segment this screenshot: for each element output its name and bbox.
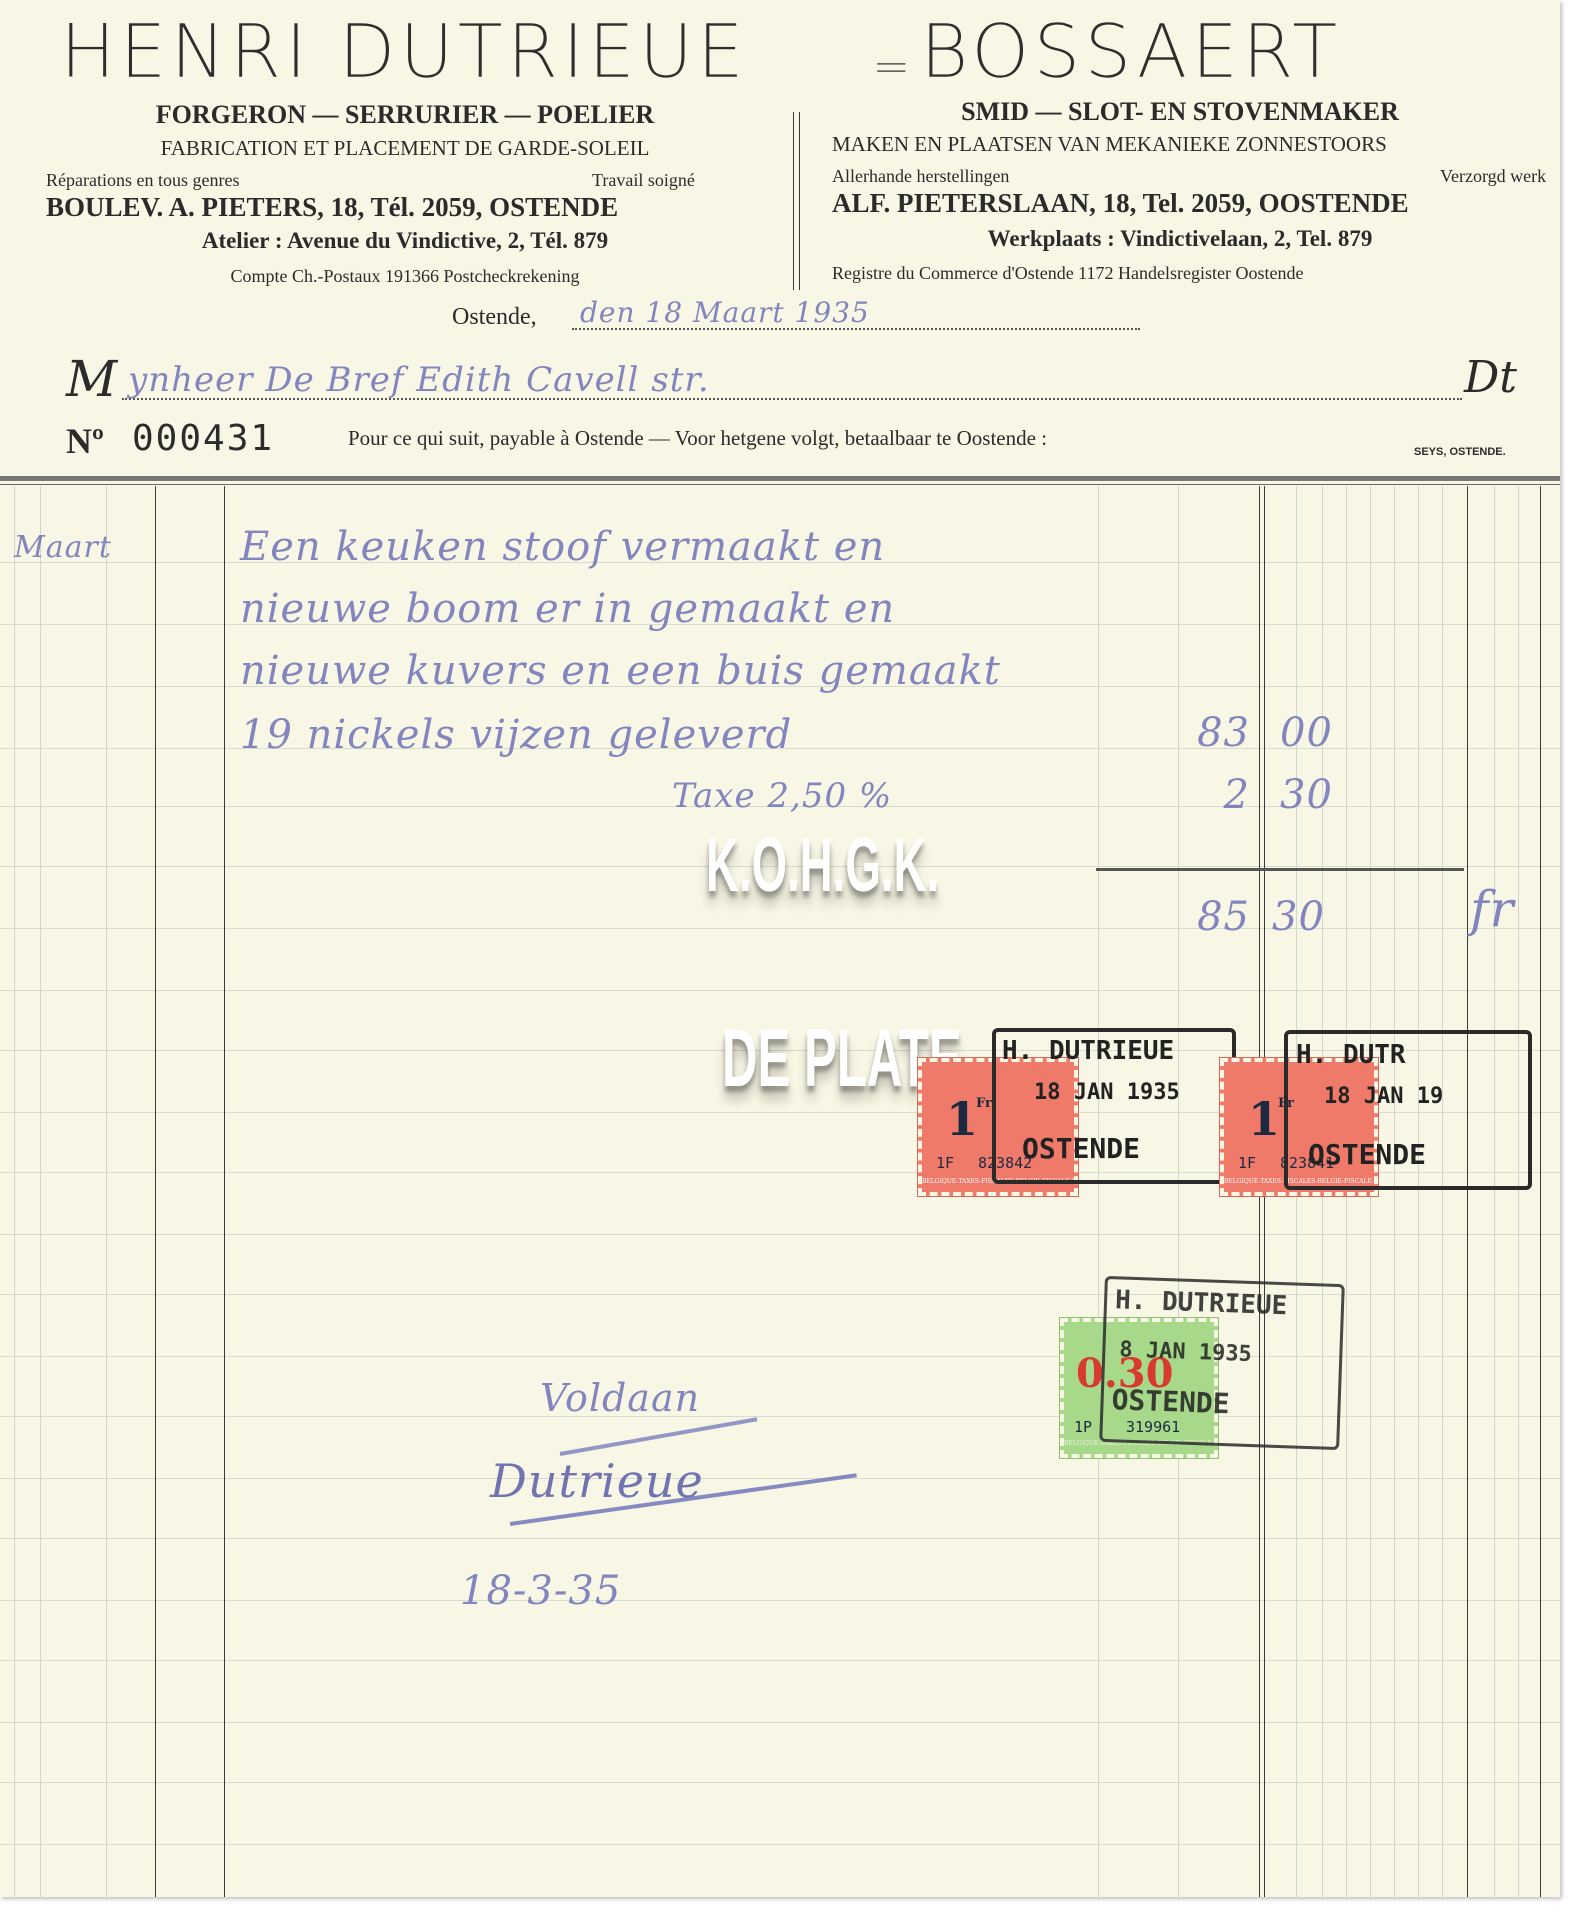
ledger-row-line [0,1844,1560,1845]
ledger-col-border [1467,486,1468,1897]
amount-1-francs: 83 [1178,710,1250,756]
line-item-2: nieuwe boom er in gemaakt en [240,586,895,632]
month-entry: Maart [14,530,112,565]
nl-quality: Verzorgd werk [1440,166,1546,187]
stamp-value: 1 [1248,1092,1280,1146]
stamp-series: 1P [1074,1418,1092,1436]
stamp-unit: Fr [976,1096,992,1111]
addressee-handwritten: ynheer De Bref Edith Cavell str. [128,360,710,400]
cancel-place: OSTENDE [1022,1132,1140,1165]
cancellation-mark-2: H. DUTR 18 JAN 19 OSTENDE [1284,1030,1532,1190]
stamp-series: 1F [936,1154,954,1172]
cancel-place: OSTENDE [1308,1138,1426,1171]
ledger-col-line [1518,486,1519,1897]
header-rule [0,476,1560,481]
ledger-row-line [0,1538,1560,1539]
ledger-row-line [0,1478,1560,1479]
nl-register: Registre du Commerce d'Ostende 1172 Hand… [832,263,1303,284]
tax-line: Taxe 2,50 % [672,776,892,816]
ledger-row-line [0,1782,1560,1783]
fr-repairs: Réparations en tous genres [46,170,239,191]
header-rule-thin [0,484,1560,485]
cancel-place: OSTENDE [1111,1383,1230,1420]
cancellation-mark-3: H. DUTRIEUE 8 JAN 1935 OSTENDE [1099,1276,1345,1450]
date-handwritten: den 18 Maart 1935 [580,296,870,329]
line-item-4: 19 nickels vijzen geleverd [240,712,792,758]
cancel-date: 18 JAN 1935 [1034,1080,1180,1105]
ledger-row-line [0,990,1560,991]
currency-mark: fr [1470,880,1514,938]
watermark-line-1: K.O.H.G.K. [706,822,939,909]
cancel-line1: H. DUTRIEUE [1002,1036,1174,1066]
addressee-prefix: M [66,350,117,408]
ledger-col-border [155,486,156,1897]
line-item-1: Een keuken stoof vermaakt en [240,524,885,570]
ledger-col-line [106,486,107,1897]
invoice-paper: HENRI DUTRIEUE = BOSSAERT FORGERON — SER… [0,0,1560,1897]
name-separator: = [872,26,915,106]
ledger-col-line [1394,486,1395,1897]
ledger-col-line [1418,486,1419,1897]
fr-fabrication: FABRICATION ET PLACEMENT DE GARDE-SOLEIL [0,136,810,161]
nl-repairs: Allerhande herstellingen [832,166,1009,187]
nl-address: ALF. PIETERSLAAN, 18, Tel. 2059, OOSTEND… [832,188,1409,219]
fr-trades: FORGERON — SERRURIER — POELIER [0,100,810,130]
cancel-date: 18 JAN 19 [1324,1084,1443,1109]
cancel-line1: H. DUTR [1296,1040,1406,1070]
company-name-left: HENRI DUTRIEUE [60,12,748,92]
ledger-row-line [0,1600,1560,1601]
ledger-row-line [0,1722,1560,1723]
cancellation-mark-1: H. DUTRIEUE 18 JAN 1935 OSTENDE [992,1028,1236,1184]
amount-2-francs: 2 [1178,772,1250,818]
debit-label: Dt [1464,352,1517,403]
ledger-col-line [1098,486,1099,1897]
fr-workshop: Atelier : Avenue du Vindictive, 2, Tél. … [0,228,810,254]
place-label: Ostende, [452,304,537,331]
company-name-right: BOSSAERT [920,12,1341,92]
acquit-text: Voldaan [540,1376,700,1420]
ledger-col-line [1442,486,1443,1897]
nl-trades: SMID — SLOT- EN STOVENMAKER [810,97,1550,127]
amount-1-cents: 00 [1280,710,1333,756]
fr-postal-account: Compte Ch.-Postaux 191366 Postcheckreken… [0,266,810,287]
header-divider [799,112,800,290]
nl-fabrication: MAKEN EN PLAATSEN VAN MEKANIEKE ZONNESTO… [832,132,1387,157]
invoice-number: 000431 [132,418,274,459]
cancel-line1: H. DUTRIEUE [1115,1285,1288,1321]
ledger-col-border [224,486,225,1897]
header-divider [793,112,794,290]
payable-text: Pour ce qui suit, payable à Ostende — Vo… [348,426,1047,451]
stamp-series: 1F [1238,1154,1256,1172]
amount-2-cents: 30 [1280,772,1333,818]
fr-quality: Travail soigné [592,170,695,191]
signature-date: 18-3-35 [460,1568,621,1614]
line-item-3: nieuwe kuvers en een buis gemaakt [240,648,1001,694]
fr-address: BOULEV. A. PIETERS, 18, Tél. 2059, OSTEN… [46,192,618,223]
signature-strike [560,1417,758,1456]
ledger-row-line [0,928,1560,929]
ledger-row-line [0,1660,1560,1661]
nl-workshop: Werkplaats : Vindictivelaan, 2, Tel. 879 [810,226,1550,252]
total-cents: 30 [1272,894,1325,940]
number-label: Nº [66,420,104,462]
stamp-value: 1 [946,1092,978,1146]
ledger-col-line [1494,486,1495,1897]
total-francs: 85 [1178,894,1250,940]
ledger-col-border [1540,486,1541,1897]
ledger-col-line [14,486,15,1897]
ledger-row-line [0,1234,1560,1235]
ledger-col-line [40,486,41,1897]
total-rule [1096,868,1464,871]
printer-imprint: SEYS, OSTENDE. [1414,446,1506,458]
cancel-date: 8 JAN 1935 [1119,1337,1252,1367]
ledger-col-line [1178,486,1179,1897]
